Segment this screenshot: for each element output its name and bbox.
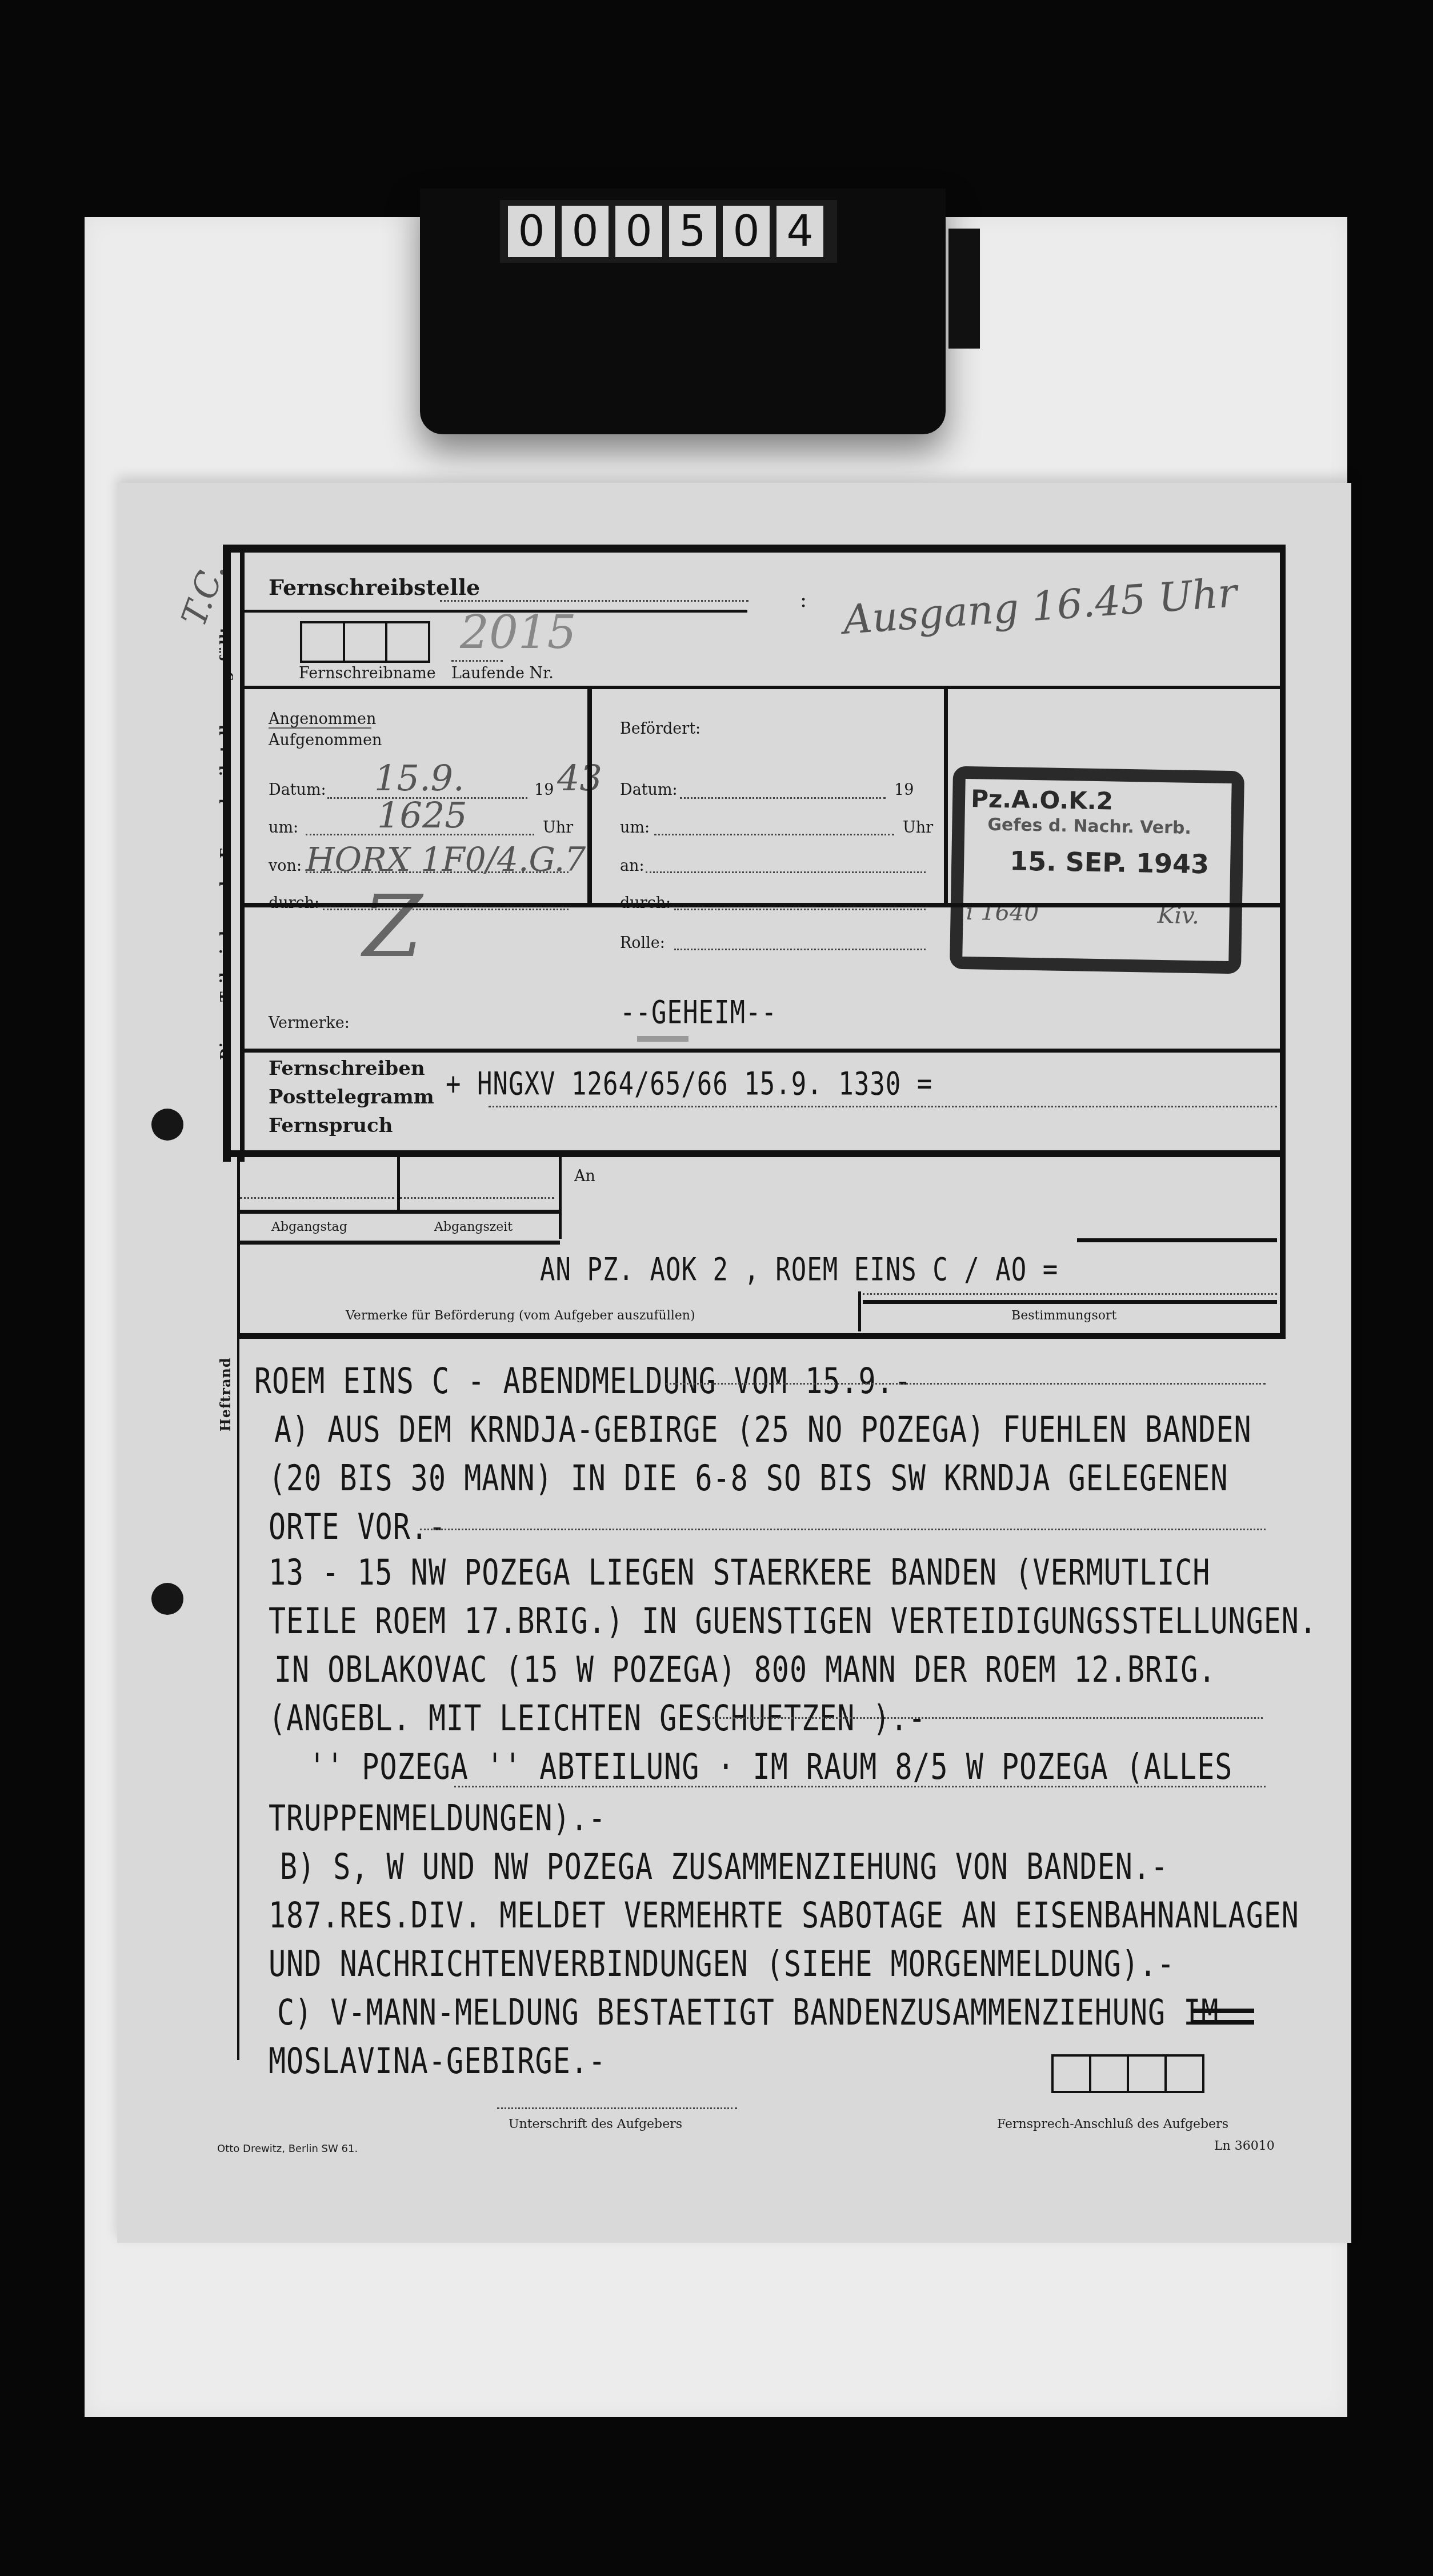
- type-label-phone-message: Fernspruch: [269, 1114, 393, 1137]
- forwarded-time-line: [654, 834, 894, 835]
- receipt-stamp: Pz.A.O.K.2 Gefes d. Nachr. Verb. 15. SEP…: [950, 766, 1244, 974]
- punch-hole: [151, 1109, 183, 1141]
- classification-marking: --GEHEIM--: [620, 994, 777, 1031]
- station-title: Fernschreibstelle: [269, 574, 480, 600]
- body-line: MOSLAVINA-GEBIRGE.-: [269, 2040, 606, 2082]
- received-year-prefix: 19: [534, 781, 554, 799]
- counter-strap: [948, 229, 980, 349]
- telegram-form: Dieser Teil wird von der Fernschreibstel…: [117, 483, 1351, 2243]
- body-line: IN OBLAKOVAC (15 W POZEGA) 800 MANN DER …: [274, 1649, 1216, 1690]
- body-line: 13 - 15 NW POZEGA LIEGEN STAERKERE BANDE…: [269, 1551, 1210, 1593]
- addressee-rule-right: [1077, 1238, 1277, 1242]
- teleprinter-name-boxes: [300, 621, 430, 663]
- destination-dotted-line: [863, 1293, 1277, 1295]
- station-dotted-line: [440, 600, 748, 602]
- body-dotted-line: [420, 1529, 1266, 1530]
- received-label-2: Aufgenommen: [269, 731, 382, 749]
- stamp-office: Gefes d. Nachr. Verb.: [987, 815, 1191, 838]
- stamp-unit: Pz.A.O.K.2: [971, 785, 1114, 815]
- serial-number-label: Laufende Nr.: [451, 665, 554, 682]
- dispatch-time-label: Abgangszeit: [434, 1220, 513, 1234]
- serial-number-handwritten: 2015: [460, 606, 577, 659]
- type-label-telex: Fernschreiben: [269, 1057, 425, 1080]
- forwarded-to-label: an:: [620, 857, 645, 875]
- received-label-1: Angenommen: [269, 710, 376, 728]
- signature-label: Unterschrift des Aufgebers: [509, 2117, 682, 2131]
- forwarded-date-label: Datum:: [620, 781, 678, 799]
- dispatch-time-line: [400, 1197, 554, 1199]
- forwarded-time-label: um:: [620, 819, 650, 837]
- frame-left-outer: [223, 545, 231, 1162]
- counter-digit: 0: [723, 206, 770, 257]
- destination-rule: [863, 1300, 1277, 1304]
- received-label-divider: [269, 727, 371, 729]
- teleprinter-name-label: Fernschreibname: [299, 665, 436, 682]
- body-line: ORTE VOR.-: [269, 1506, 446, 1547]
- dispatch-day-line: [240, 1197, 394, 1199]
- dispatch-divider-2: [559, 1156, 562, 1239]
- to-label: An: [574, 1167, 595, 1185]
- phone-connection-label: Fernsprech-Anschluß des Aufgebers: [997, 2117, 1228, 2131]
- column-divider-1: [587, 687, 592, 905]
- row-rule-2: [245, 903, 1282, 907]
- forwarded-role-label: Rolle:: [620, 934, 665, 952]
- remarks-label: Vermerke:: [269, 1014, 350, 1032]
- form-number: Ln 36010: [1214, 2139, 1275, 2153]
- forwarded-to-line: [646, 871, 926, 873]
- forwarded-year-prefix: 19: [894, 781, 914, 799]
- forwarded-date-line: [680, 797, 886, 799]
- counter-digit: 0: [562, 206, 609, 257]
- printer-imprint: Otto Drewitz, Berlin SW 61.: [217, 2143, 358, 2155]
- received-by-signature: Z: [363, 877, 422, 977]
- forwarded-by-line: [674, 909, 926, 910]
- received-date-label: Datum:: [269, 781, 326, 799]
- frame-left-inner: [240, 550, 245, 1162]
- column-divider-2: [944, 687, 948, 905]
- body-line: ROEM EINS C - ABENDMELDUNG VOM 15.9.-: [254, 1360, 912, 1402]
- received-time-label: um:: [269, 819, 298, 837]
- stamp-date: 15. SEP. 1943: [1010, 845, 1210, 879]
- signature-dotted-line: [497, 2107, 737, 2109]
- outgoing-time-note: Ausgang 16.45 Uhr: [842, 569, 1238, 643]
- frame-counter-device: 0 0 0 5 0 4: [420, 189, 946, 434]
- received-by-line: [323, 909, 569, 910]
- phone-connection-boxes: [1051, 2054, 1204, 2093]
- side-note-heftrand: Heftrand: [217, 1357, 234, 1431]
- body-line: UND NACHRICHTENVERBINDUNGEN (SIEHE MORGE…: [269, 1943, 1175, 1985]
- end-of-line-mark: [1191, 2020, 1254, 2025]
- body-dotted-line: [666, 1383, 1266, 1385]
- destination-divider: [858, 1291, 861, 1331]
- body-line: TRUPPENMELDUNGEN).-: [269, 1797, 606, 1839]
- message-header-line: + HNGXV 1264/65/66 15.9. 1330 =: [446, 1066, 932, 1102]
- body-line: 187.RES.DIV. MELDET VERMEHRTE SABOTAGE A…: [269, 1894, 1299, 1936]
- counter-digit: 5: [669, 206, 716, 257]
- colon-mark: :: [800, 589, 807, 612]
- addressee-line: AN PZ. AOK 2 , ROEM EINS C / AO =: [540, 1251, 1058, 1288]
- received-year-value: 43: [557, 757, 602, 799]
- serial-number-dotted-line: [451, 660, 503, 662]
- header-dotted-line: [489, 1106, 1277, 1107]
- body-line: (20 BIS 30 MANN) IN DIE 6-8 SO BIS SW KR…: [269, 1457, 1228, 1499]
- received-from-value: HORX 1F0/4.G.7: [306, 840, 586, 879]
- dispatch-day-label: Abgangstag: [271, 1220, 347, 1234]
- forwarded-uhr-label: Uhr: [903, 819, 933, 837]
- type-label-post-telegram: Posttelegramm: [269, 1086, 434, 1109]
- forwarded-role-line: [674, 949, 926, 950]
- body-line: '' POZEGA '' ABTEILUNG · IM RAUM 8/5 W P…: [309, 1746, 1232, 1787]
- classification-underline: [637, 1036, 689, 1042]
- body-line: TEILE ROEM 17.BRIG.) IN GUENSTIGEN VERTE…: [269, 1600, 1317, 1642]
- body-line: A) AUS DEM KRNDJA-GEBIRGE (25 NO POZEGA)…: [274, 1409, 1252, 1450]
- row-rule-3: [245, 1049, 1282, 1053]
- counter-digit: 4: [776, 206, 823, 257]
- counter-digit: 0: [615, 206, 662, 257]
- row-rule-1: [245, 686, 1282, 689]
- forwarding-remarks-label: Vermerke für Beförderung (vom Aufgeber a…: [346, 1309, 695, 1323]
- counter-digit: 0: [508, 206, 555, 257]
- dispatch-rule: [240, 1210, 560, 1214]
- forwarded-label: Befördert:: [620, 720, 701, 738]
- punch-hole: [151, 1583, 183, 1615]
- body-dotted-line: [454, 1786, 1266, 1787]
- body-line: B) S, W UND NW POZEGA ZUSAMMENZIEHUNG VO…: [280, 1846, 1168, 1887]
- dispatch-divider-1: [397, 1156, 400, 1213]
- body-line: C) V-MANN-MELDUNG BESTAETIGT BANDENZUSAM…: [277, 1991, 1219, 2033]
- received-date-value: 15.9.: [374, 757, 465, 799]
- received-uhr-label: Uhr: [543, 819, 573, 837]
- counter-display: 0 0 0 5 0 4: [500, 200, 837, 263]
- destination-label: Bestimmungsort: [1011, 1309, 1116, 1323]
- received-from-label: von:: [269, 857, 302, 875]
- body-dotted-line: [709, 1717, 1263, 1719]
- received-time-value: 1625: [377, 794, 467, 836]
- body-left-border: [237, 1334, 239, 2060]
- end-of-line-mark: [1191, 2009, 1254, 2013]
- dispatch-rule-2: [240, 1241, 560, 1245]
- frame-top: [223, 545, 1286, 553]
